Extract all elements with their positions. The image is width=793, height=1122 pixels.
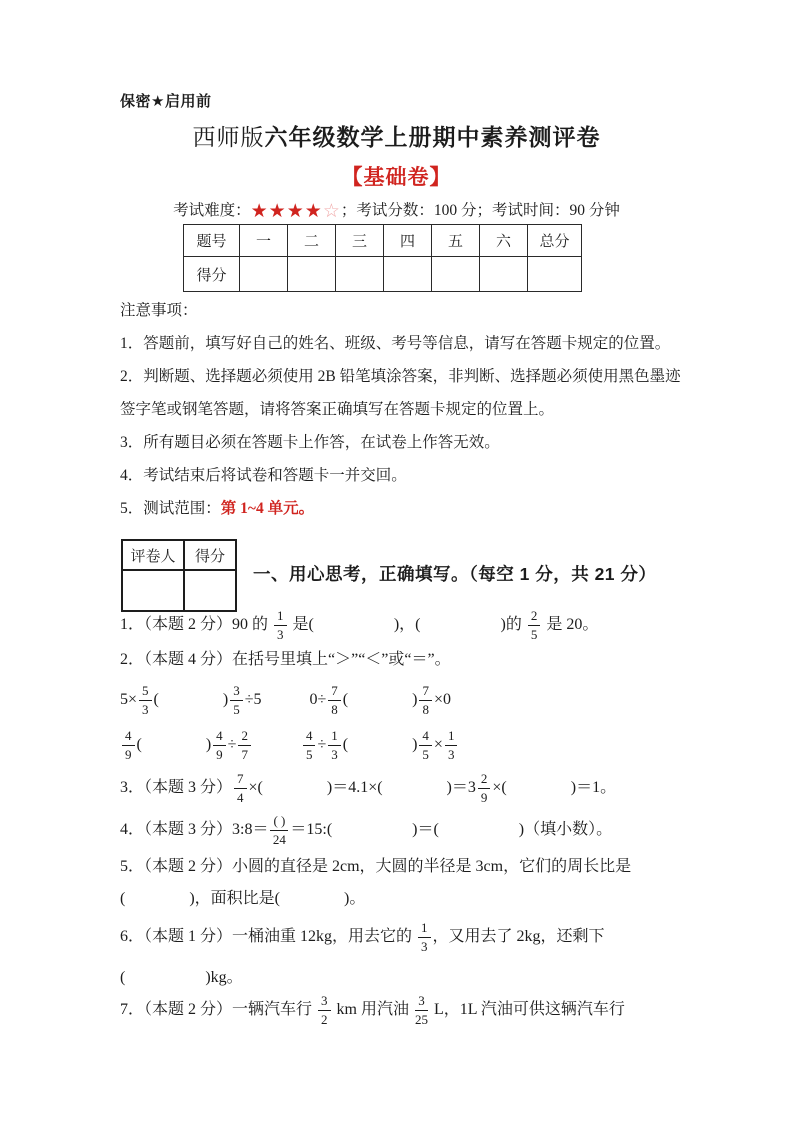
note-item: 4．考试结束后将试卷和答题卡一并交回。: [120, 459, 690, 492]
fraction: 13: [328, 728, 341, 762]
question-5-line-2: ( )，面积比是( )。: [120, 887, 720, 911]
score-table-header-cell: 四: [384, 225, 432, 257]
mixed-number-whole: 3: [468, 779, 476, 796]
fraction: 32: [318, 993, 331, 1027]
fraction: 49: [122, 728, 135, 762]
star-icon: ★: [269, 201, 287, 222]
grader-header-row: 评卷人 得分: [122, 540, 236, 570]
fraction: ( )24: [270, 813, 288, 847]
question-1: 1．（本题 2 分）90 的 13 是( )，( )的 25 是 20。: [120, 602, 720, 648]
fraction: 74: [234, 771, 247, 805]
note-item: 2．判断题、选择题必须使用 2B 铅笔填涂答案，非判断、选择题必须使用黑色墨迹签…: [120, 360, 690, 426]
score-table-header-cell: 三: [336, 225, 384, 257]
fraction: 27: [238, 728, 251, 762]
note-item: 3．所有题目必须在答题卡上作答，在试卷上作答无效。: [120, 426, 690, 459]
star-icon: ★: [287, 201, 305, 222]
fraction: 49: [213, 728, 226, 762]
note-item-prefix: 5．测试范围：: [120, 500, 221, 517]
question-7: 7．（本题 2 分）一辆汽车行 32 km 用汽油 325 L，1L 汽油可供这…: [120, 987, 720, 1033]
fraction: 13: [274, 608, 287, 642]
title-prefix: 西师版: [193, 124, 265, 150]
exam-paper-page: 保密★启用前 西师版六年级数学上册期中素养测评卷 【基础卷】 考试难度：★★★★…: [0, 0, 793, 1122]
fraction: 78: [328, 683, 341, 717]
star-icon: ★: [251, 201, 269, 222]
star-icon: ★: [305, 201, 323, 222]
fraction: 45: [303, 728, 316, 762]
fraction: 325: [415, 993, 428, 1027]
question-3: 3．（本题 3 分）74×( )＝4.1×( )＝329×( )＝1。: [120, 765, 720, 811]
note-item: 1．答题前，填写好自己的姓名、班级、考号等信息，请写在答题卡规定的位置。: [120, 327, 690, 360]
score-table-header-cell: 六: [480, 225, 528, 257]
fraction: 13: [445, 728, 458, 762]
score-empty-cell: [528, 257, 582, 292]
score-empty-cell: [288, 257, 336, 292]
fraction: 78: [419, 683, 432, 717]
note-item: 5．测试范围：第 1~4 单元。: [120, 492, 690, 525]
score-table-header-cell: 一: [240, 225, 288, 257]
score-table-header-cell: 题号: [184, 225, 240, 257]
notes-section: 注意事项： 1．答题前，填写好自己的姓名、班级、考号等信息，请写在答题卡规定的位…: [120, 294, 690, 525]
fraction: 35: [230, 683, 243, 717]
score-empty-cell: [432, 257, 480, 292]
title-main: 六年级数学上册期中素养测评卷: [265, 124, 601, 150]
exam-info-rest: ；考试分数：100 分；考试时间：90 分钟: [341, 202, 620, 219]
fraction: 45: [419, 728, 432, 762]
fraction: 29: [478, 771, 491, 805]
question-2-intro: 2．（本题 4 分）在括号里填上“＞”“＜”或“＝”。: [120, 648, 720, 672]
paper-type-label: 【基础卷】: [0, 161, 793, 191]
score-table-header-cell: 二: [288, 225, 336, 257]
question-2-row-a: 5×53( )35÷5 0÷78( )78×0: [120, 677, 720, 723]
note-item-highlight: 第 1~4 单元。: [221, 500, 314, 517]
score-empty-cell: [384, 257, 432, 292]
score-empty-cell: [480, 257, 528, 292]
score-table-header-row: 题号 一 二 三 四 五 六 总分: [184, 225, 582, 257]
notes-title: 注意事项：: [120, 294, 690, 327]
question-2-row-b: 49( )49÷27 45÷13( )45×13: [120, 722, 720, 768]
difficulty-label: 考试难度：: [173, 202, 251, 219]
grader-header-cell: 得分: [184, 540, 236, 570]
difficulty-stars: ★★★★☆: [251, 201, 341, 222]
question-4: 4．（本题 3 分）3:8＝( )24＝15:( )＝( )（填小数）。: [120, 807, 720, 853]
fraction: 25: [528, 608, 541, 642]
score-table-header-cell: 总分: [528, 225, 582, 257]
grader-header-cell: 评卷人: [122, 540, 184, 570]
score-table-header-cell: 五: [432, 225, 480, 257]
page-title: 西师版六年级数学上册期中素养测评卷: [0, 119, 793, 152]
score-empty-cell: [240, 257, 288, 292]
security-notice: 保密★启用前: [120, 90, 211, 111]
fraction: 13: [418, 920, 431, 954]
section-1-heading: 一、用心思考，正确填写。（每空 1 分，共 21 分）: [253, 561, 656, 586]
exam-info-line: 考试难度：★★★★☆；考试分数：100 分；考试时间：90 分钟: [0, 198, 793, 223]
question-5-line-1: 5．（本题 2 分）小圆的直径是 2cm，大圆的半径是 3cm，它们的周长比是: [120, 855, 720, 879]
score-empty-cell: [336, 257, 384, 292]
score-table: 题号 一 二 三 四 五 六 总分 得分: [183, 224, 582, 292]
question-6-line-1: 6．（本题 1 分）一桶油重 12kg，用去它的 13，又用去了 2kg，还剩下: [120, 914, 720, 960]
score-table-score-row: 得分: [184, 257, 582, 292]
score-label-cell: 得分: [184, 257, 240, 292]
fraction: 53: [139, 683, 152, 717]
star-outline-icon: ☆: [323, 201, 341, 222]
